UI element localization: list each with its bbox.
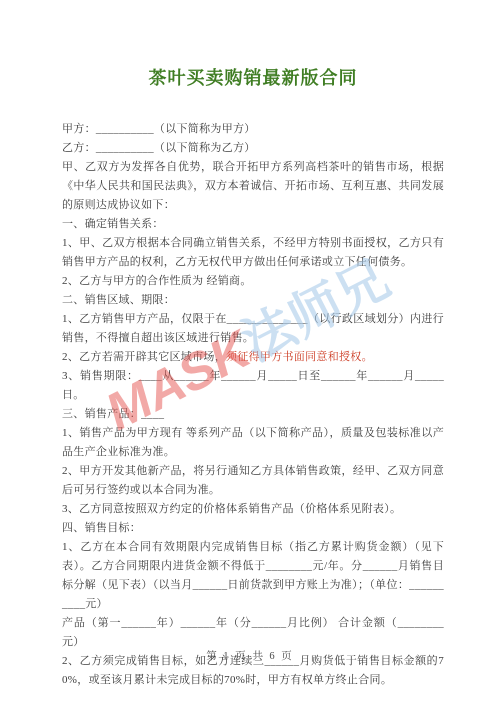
party-a-line: 甲方：__________（以下简称为甲方） [62,120,444,139]
clause-2-2: 2、乙方若需开辟其它区域市场，须征得甲方书面同意和授权。 [62,348,444,367]
text-segment: 产品（第一______年）______年（分______月比例） 合计金额（__… [62,617,444,648]
clause-2-3: 3、销售期限：____从______年______月_____日至______年… [62,367,444,405]
preamble: 甲、乙双方为发挥各自优势，联合开拓甲方系列高档茶叶的销售市场，根据《中华人民共和… [62,158,444,215]
text-segment: 1、乙方在本合同有效期限内完成销售目标（指乙方累计购货金额）（见下表）。乙方合同… [62,541,444,610]
text-segment: 甲方：__________（以下简称为甲方） [62,123,256,135]
clause-3-1: 1、销售产品为甲方现有 等系列产品（以下简称产品），质量及包装标准以产品生产企业… [62,424,444,462]
contract-content: 茶叶买卖购销最新版合同 甲方：__________（以下简称为甲方）乙方：___… [0,0,500,690]
highlighted-clause: 须征得甲方书面同意和授权。 [226,351,373,363]
text-segment: 3、销售期限：____从______年______月_____日至______年… [62,370,444,401]
section-1-heading: 一、确定销售关系： [62,215,444,234]
party-b-line: 乙方：__________（以下简称为乙方） [62,139,444,158]
text-segment: 甲、乙双方为发挥各自优势，联合开拓甲方系列高档茶叶的销售市场，根据《中华人民共和… [62,161,444,211]
text-segment: 二、销售区域、期限： [62,294,175,306]
contract-body: 甲方：__________（以下简称为甲方）乙方：__________（以下简称… [62,120,444,690]
contract-title: 茶叶买卖购销最新版合同 [62,64,444,90]
clause-1-2: 2、乙方与甲方的合作性质为 经销商。 [62,272,444,291]
clause-2-1: 1、乙方销售甲方产品，仅限于在______________（以行政区域划分）内进… [62,310,444,348]
text-segment: 2、甲方开发其他新产品，将另行通知乙方具体销售政策，经甲、乙双方同意后可另行签约… [62,465,444,496]
text-segment: 2、乙方若需开辟其它区域市场， [62,351,226,363]
section-4-heading: 四、销售目标： [62,519,444,538]
text-segment: 1、销售产品为甲方现有 等系列产品（以下简称产品），质量及包装标准以产品生产企业… [62,427,444,458]
text-segment: 2、乙方与甲方的合作性质为 经销商。 [62,275,252,287]
contract-page: MASK法师兄 茶叶买卖购销最新版合同 甲方：__________（以下简称为甲… [0,0,500,706]
section-3-heading: 三、销售产品：____ [62,405,444,424]
product-target-line: 产品（第一______年）______年（分______月比例） 合计金额（__… [62,614,444,652]
section-2-heading: 二、销售区域、期限： [62,291,444,310]
clause-3-3: 3、乙方同意按照双方约定的价格体系销售产品（价格体系见附表）。 [62,500,444,519]
text-segment: 乙方：__________（以下简称为乙方） [62,142,256,154]
clause-1-1: 1、甲、乙双方根据本合同确立销售关系，不经甲方特别书面授权，乙方只有销售甲方产品… [62,234,444,272]
text-segment: 四、销售目标： [62,522,141,534]
text-segment: 3、乙方同意按照双方约定的价格体系销售产品（价格体系见附表）。 [62,503,401,515]
text-segment: 三、销售产品：____ [62,408,164,420]
text-segment: 1、甲、乙双方根据本合同确立销售关系，不经甲方特别书面授权，乙方只有销售甲方产品… [62,237,444,268]
clause-4-1: 1、乙方在本合同有效期限内完成销售目标（指乙方累计购货金额）（见下表）。乙方合同… [62,538,444,614]
text-segment: 1、乙方销售甲方产品，仅限于在______________（以行政区域划分）内进… [62,313,444,344]
page-number-footer: 第 1 页 共 6 页 [0,648,500,663]
clause-3-2: 2、甲方开发其他新产品，将另行通知乙方具体销售政策，经甲、乙双方同意后可另行签约… [62,462,444,500]
text-segment: 一、确定销售关系： [62,218,164,230]
